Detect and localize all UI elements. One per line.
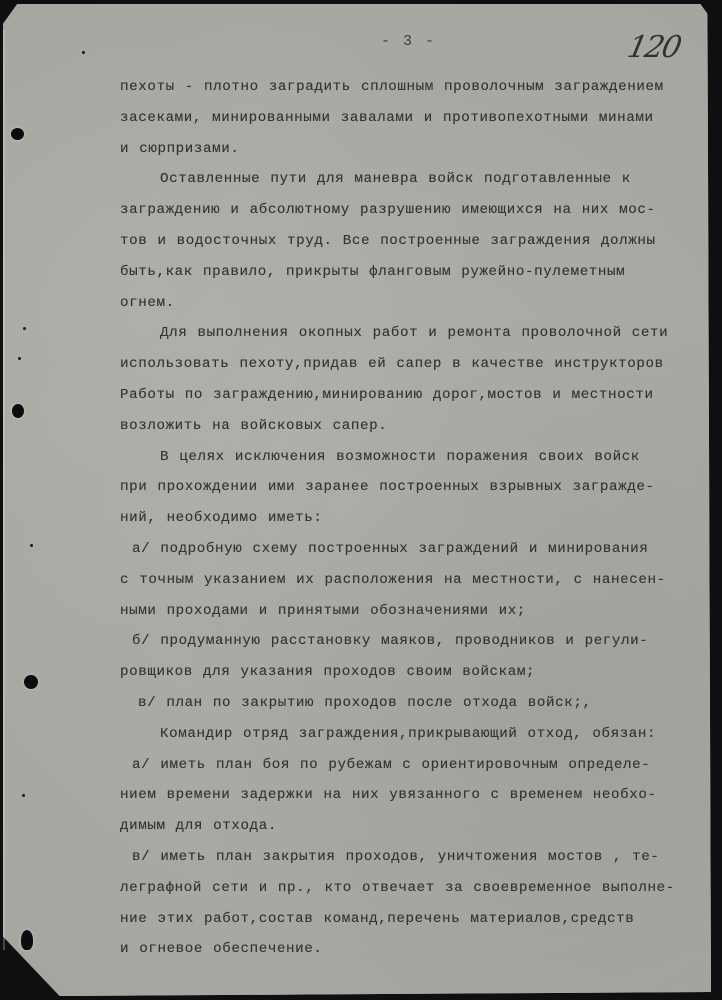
text-line: Работы по заграждению,минированию дорог,…	[120, 380, 720, 411]
paper-speck	[23, 327, 26, 330]
text-line: ний, необходимо иметь:	[120, 503, 720, 534]
archive-sheet-number: 120	[624, 30, 683, 65]
text-line: засеками, минированными завалами и проти…	[120, 103, 720, 134]
list-item: в/ план по закрытию проходов после отход…	[120, 688, 720, 719]
punch-hole	[12, 404, 24, 418]
paragraph-start: Командир отряд заграждения,прикрывающий …	[120, 719, 720, 750]
text-line: с точным указанием их расположения на ме…	[120, 565, 720, 596]
paper-edge	[3, 30, 5, 950]
punch-hole	[21, 930, 33, 950]
list-item: в/ иметь план закрытия проходов, уничтож…	[120, 842, 720, 873]
text-line: димым для отхода.	[120, 811, 720, 842]
text-line: пехоты - плотно заградить сплошным прово…	[120, 72, 720, 103]
text-line: использовать пехоту,придав ей сапер в ка…	[120, 349, 720, 380]
text-line: ние этих работ,состав команд,перечень ма…	[120, 904, 720, 935]
paper-speck	[30, 544, 33, 547]
list-item: б/ продуманную расстановку маяков, прово…	[120, 626, 720, 657]
list-item: а/ иметь план боя по рубежам с ориентиро…	[120, 750, 720, 781]
typed-text: пехоты - плотно заградить сплошным прово…	[120, 72, 720, 965]
paragraph-start: Оставленные пути для маневра войск подго…	[120, 164, 720, 195]
text-line: ровщиков для указания проходов своим вой…	[120, 657, 720, 688]
text-line: при прохождении ими заранее построенных …	[120, 472, 720, 503]
paragraph-start: В целях исключения возможности поражения…	[120, 442, 720, 473]
paper-speck	[82, 51, 85, 54]
paper-speck	[18, 357, 21, 360]
text-line: заграждению и абсолютному разрушению име…	[120, 195, 720, 226]
punch-hole	[24, 675, 38, 689]
list-item: а/ подробную схему построенных загражден…	[120, 534, 720, 565]
text-line: возложить на войсковых сапер.	[120, 411, 720, 442]
text-line: быть,как правило, прикрыты фланговым руж…	[120, 257, 720, 288]
text-line: и сюрпризами.	[120, 134, 720, 165]
text-line: ными проходами и принятыми обозначениями…	[120, 596, 720, 627]
paper-speck	[22, 794, 25, 797]
punch-hole	[11, 128, 24, 140]
paragraph-start: Для выполнения окопных работ и ремонта п…	[120, 318, 720, 349]
text-line: огнем.	[120, 288, 720, 319]
text-line: леграфной сети и пр., кто отвечает за св…	[120, 873, 720, 904]
text-line: нием времени задержки на них увязанного …	[120, 780, 720, 811]
text-line: и огневое обеспечение.	[120, 934, 720, 965]
text-line: тов и водосточных труд. Все построенные …	[120, 226, 720, 257]
page-number: - 3 -	[381, 33, 436, 50]
